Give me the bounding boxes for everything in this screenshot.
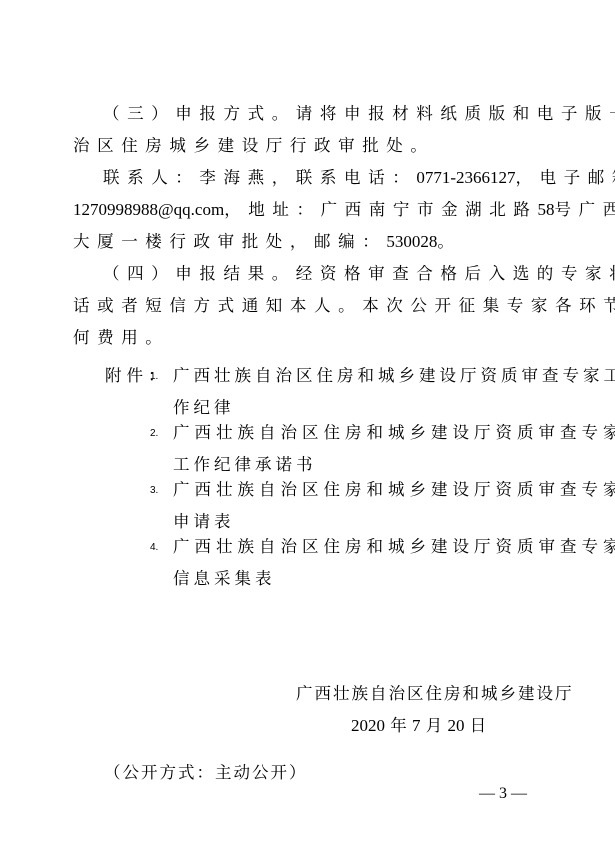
- attachment-title-line2: 工作纪律承诺书: [173, 455, 317, 475]
- attachment-title-line1: 广西壮族自治区住房和城乡建设厅资质审查专家: [173, 537, 615, 557]
- attachment-index: 1.: [150, 367, 158, 387]
- date-month-unit: 月: [426, 716, 443, 735]
- attachment-index: 3.: [150, 481, 158, 501]
- email-address: 1270998988@qq.com: [73, 200, 224, 219]
- disclosure-note: （公开方式：主动公开）: [104, 763, 308, 783]
- contact-line2: 1270998988@qq.com，地址：广西南宁市金湖北路58号广西建设: [73, 200, 615, 220]
- attachment-title-line1: 广西壮族自治区住房和城乡建设厅资质审查专家: [173, 480, 615, 500]
- contact-line1: 联系人：李海燕，联系电话：0771-2366127，电子邮箱：: [103, 168, 615, 188]
- contact-line3: 大厦一楼行政审批处，邮编：530028。: [73, 232, 461, 252]
- postcode: 530028: [386, 232, 437, 251]
- address-label: ，地址：广西南宁市金湖北路: [224, 200, 537, 219]
- section3-line2: 治区住房城乡建设厅行政审批处。: [73, 136, 435, 156]
- attachment-title-line2: 信息采集表: [173, 569, 276, 589]
- attachment-index: 2.: [150, 424, 158, 444]
- signature-org: 广西壮族自治区住房和城乡建设厅: [296, 684, 574, 704]
- phone-number: 0771-2366127: [416, 168, 515, 187]
- section4-line2: 话或者短信方式通知本人。本次公开征集专家各环节均不收取任: [73, 296, 615, 316]
- page-number: — 3 —: [479, 784, 527, 804]
- street-number: 58: [538, 200, 555, 219]
- attachment-title-line2: 作纪律: [173, 398, 235, 418]
- section3-line1: （三）申报方式。请将申报材料纸质版和电子版一并报送自: [103, 104, 615, 124]
- attachment-title-line1: 广西壮族自治区住房和城乡建设厅资质审查专家: [173, 423, 615, 443]
- postcode-label: 大厦一楼行政审批处，邮编：: [73, 232, 386, 251]
- contact-label: 联系人：李海燕，联系电话：: [103, 168, 416, 187]
- attachment-title-line2: 申请表: [173, 512, 235, 532]
- address-text: 号广西建设: [555, 200, 615, 219]
- email-label: ，电子邮箱：: [515, 168, 615, 187]
- section4-line1: （四）申报结果。经资格审查合格后入选的专家将直接以电: [103, 264, 615, 284]
- section4-line3: 何费用。: [73, 328, 169, 348]
- attachments-label: 附件：: [105, 366, 170, 386]
- signature-date: 2020 年 7 月 20 日: [351, 716, 486, 736]
- period: 。: [437, 232, 461, 251]
- date-day: 20: [448, 716, 465, 735]
- attachment-index: 4.: [150, 538, 158, 558]
- date-year-unit: 年: [390, 716, 407, 735]
- date-day-unit: 日: [470, 716, 487, 735]
- attachment-title-line1: 广西壮族自治区住房和城乡建设厅资质审查专家工: [173, 366, 615, 386]
- date-year: 2020: [351, 716, 385, 735]
- date-month: 7: [412, 716, 421, 735]
